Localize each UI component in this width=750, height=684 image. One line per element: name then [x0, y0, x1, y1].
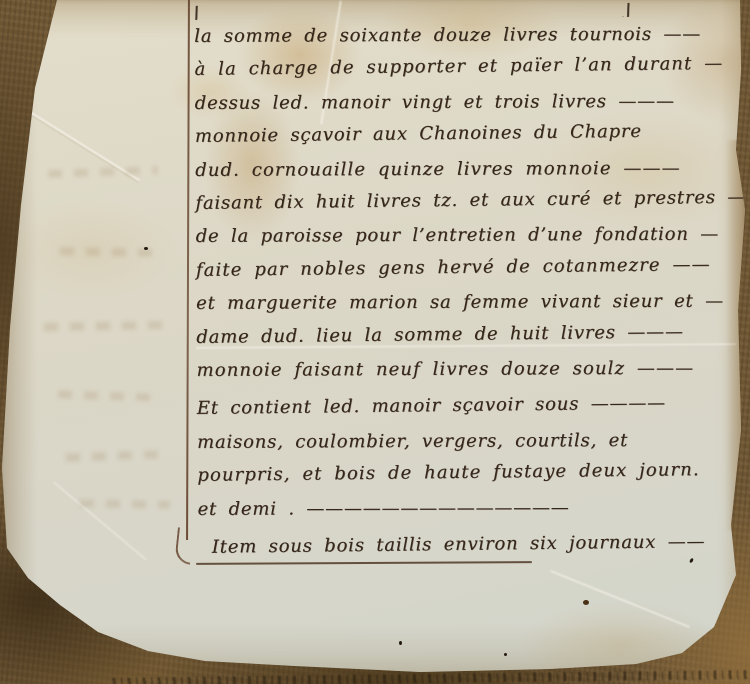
show-through-smudge [58, 390, 158, 401]
show-through-smudge [44, 321, 164, 331]
ink-speck [144, 247, 148, 250]
show-through-smudge [66, 450, 161, 461]
manuscript-line: pourpris, et bois de haute fustaye deux … [197, 453, 745, 493]
closing-rule [196, 561, 532, 565]
ink-stain-spot [583, 600, 589, 605]
paper-crease [550, 570, 690, 628]
ink-speck [504, 653, 507, 656]
handwritten-text: ʃ ʃ la somme de soixante douze livres to… [194, 2, 746, 564]
manuscript-line: faisant dix huit livres tz. et aux curé … [195, 181, 743, 221]
paper-crease [53, 482, 146, 561]
show-through-smudge [48, 166, 158, 178]
manuscript-line: à la charge de supporter et païer l’an d… [194, 47, 742, 87]
manuscript-line: monnoie sçavoir aux Chanoines du Chapre [195, 114, 743, 154]
manuscript-line: Et contient led. manoir sçavoir sous ———… [197, 386, 745, 426]
show-through-smudge [60, 247, 155, 257]
ink-speck [399, 641, 402, 645]
manuscript-line: dame dud. lieu la somme de huit livres —… [196, 314, 744, 354]
manuscript-line: et demi . —————————————— [198, 491, 746, 527]
manuscript-line: faite par nobles gens hervé de cotanmezr… [196, 247, 744, 287]
manuscript-line: Item sous bois taillis environ six journ… [198, 525, 746, 565]
margin-rule-line [186, 0, 190, 540]
manuscript-line: monnoie faisant neuf livres douze soulz … [197, 351, 745, 387]
show-through-smudge [80, 499, 170, 509]
margin-rule-hook [174, 527, 194, 564]
manuscript-page: ʃ ʃ la somme de soixante douze livres to… [0, 0, 750, 684]
